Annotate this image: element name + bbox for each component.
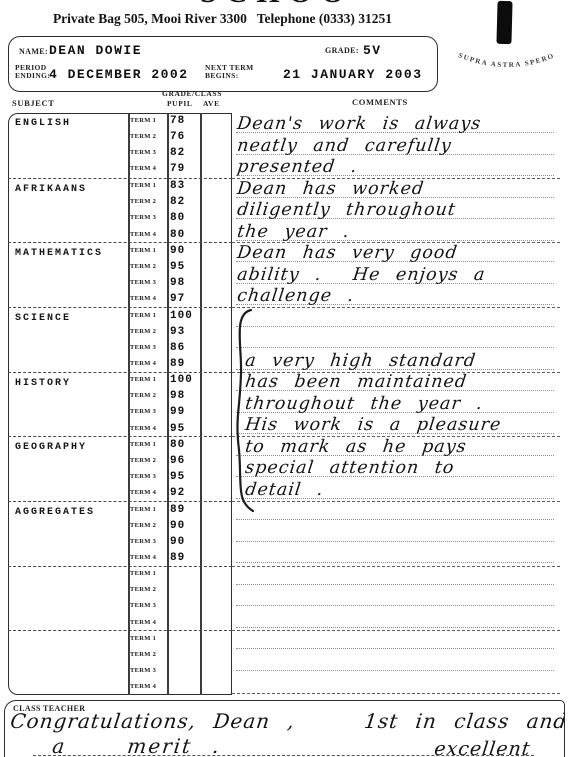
stamp-mark <box>496 1 512 44</box>
comment-ruled-line <box>236 627 554 628</box>
pupil-mark: 95 <box>170 261 185 273</box>
school-address: Private Bag 505, Mooi River 3300 Telepho… <box>0 11 445 27</box>
grade-value: 5V <box>363 43 382 58</box>
comment-ruled-line <box>236 326 554 327</box>
pupil-mark: 79 <box>170 163 185 175</box>
comment-ruled-line <box>236 562 554 563</box>
pupil-column-header: PUPIL <box>167 99 193 108</box>
pupil-mark: 86 <box>170 342 185 354</box>
term-label: TERM 2 <box>130 328 156 335</box>
term-label: TERM 3 <box>130 538 156 545</box>
comment-block-separator <box>232 307 560 308</box>
pupil-mark: 80 <box>170 439 185 451</box>
term-label: TERM 2 <box>130 522 156 529</box>
comment-ruled-line <box>236 519 554 520</box>
comment-line: detail . <box>244 480 325 500</box>
pupil-mark: 83 <box>170 180 185 192</box>
pupil-mark: 100 <box>170 310 193 322</box>
subject-block: SCIENCETERM 1100TERM 293TERM 386TERM 489 <box>8 307 232 372</box>
pupil-mark: 89 <box>170 358 185 370</box>
comment-ruled-line <box>236 347 554 348</box>
term-label: TERM 2 <box>130 133 156 140</box>
comment-line: the year . <box>236 222 351 242</box>
teacher-comment-line-1: Congratulations, Dean , 1st in class and <box>9 709 565 733</box>
class-teacher-box: CLASS TEACHER Congratulations, Dean , 1s… <box>4 700 565 757</box>
term-label: TERM 4 <box>130 165 156 172</box>
ave-column-header: AVE <box>203 99 220 108</box>
term-label: TERM 3 <box>130 473 156 480</box>
subject-label: HISTORY <box>15 378 71 389</box>
term-label: TERM 1 <box>130 312 156 319</box>
pupil-mark: 99 <box>170 406 185 418</box>
report-card-page: SCHOOL Private Bag 505, Mooi River 3300 … <box>0 0 570 757</box>
pupil-mark: 80 <box>170 229 185 241</box>
subject-label: AGGREGATES <box>15 507 95 518</box>
term-label: TERM 1 <box>130 182 156 189</box>
term-label: TERM 3 <box>130 667 156 674</box>
pupil-mark: 98 <box>170 277 185 289</box>
next-term-value: 21 JANUARY 2003 <box>283 67 423 82</box>
pupil-mark: 89 <box>170 552 185 564</box>
term-label: TERM 3 <box>130 408 156 415</box>
pupil-mark: 95 <box>170 471 185 483</box>
term-label: TERM 2 <box>130 586 156 593</box>
pupil-mark: 78 <box>170 115 185 127</box>
term-label: TERM 1 <box>130 247 156 254</box>
term-label: TERM 1 <box>130 506 156 513</box>
term-label: TERM 3 <box>130 602 156 609</box>
school-motto: SUPRA ASTRA SPERO <box>452 46 562 80</box>
subject-label: ENGLISH <box>15 118 71 129</box>
term-label: TERM 4 <box>130 619 156 626</box>
pupil-mark: 90 <box>170 245 185 257</box>
pupil-mark: 95 <box>170 423 185 435</box>
comment-block-separator <box>232 501 560 502</box>
term-label: TERM 3 <box>130 149 156 156</box>
student-name: DEAN DOWIE <box>49 43 142 58</box>
comment-line: ability . He enjoys a <box>236 265 487 285</box>
subject-label: SCIENCE <box>15 313 71 324</box>
term-label: TERM 2 <box>130 651 156 658</box>
pupil-mark: 90 <box>170 536 185 548</box>
comment-line: a very high standard <box>244 351 477 371</box>
term-label: TERM 1 <box>130 635 156 642</box>
next-term-label-2: BEGINS: <box>205 71 239 80</box>
term-label: TERM 2 <box>130 457 156 464</box>
comment-line: throughout the year . <box>244 394 484 414</box>
subject-label: AFRIKAANS <box>15 184 87 195</box>
comment-line: has been maintained <box>244 372 468 392</box>
pupil-mark: 92 <box>170 487 185 499</box>
term-label: TERM 2 <box>130 392 156 399</box>
pupil-mark: 100 <box>170 374 193 386</box>
term-label: TERM 4 <box>130 295 156 302</box>
term-label: TERM 1 <box>130 117 156 124</box>
school-name: SCHOOL <box>200 0 350 9</box>
comment-block-separator <box>232 630 560 631</box>
subject-block: AFRIKAANSTERM 183TERM 282TERM 380TERM 48… <box>8 178 232 243</box>
pupil-mark: 98 <box>170 390 185 402</box>
comment-line: to mark as he pays <box>244 437 468 457</box>
teacher-comment-line-2: a merit . <box>51 734 222 757</box>
subject-block: MATHEMATICSTERM 190TERM 295TERM 398TERM … <box>8 242 232 307</box>
comment-line: neatly and carefully <box>236 136 453 156</box>
period-ending-value: 4 DECEMBER 2002 <box>49 67 189 82</box>
school-motto-text: SUPRA ASTRA SPERO <box>457 51 556 69</box>
school-name-text: SCHOOL <box>200 0 350 9</box>
comment-block-separator <box>232 566 560 567</box>
term-label: TERM 4 <box>130 683 156 690</box>
comment-line: His work is a pleasure <box>244 415 503 435</box>
comment-line: special attention to <box>244 458 456 478</box>
subject-block: ENGLISHTERM 178TERM 276TERM 382TERM 479 <box>8 113 232 178</box>
term-label: TERM 4 <box>130 360 156 367</box>
pupil-mark: 82 <box>170 147 185 159</box>
term-label: TERM 1 <box>130 441 156 448</box>
subject-block: AGGREGATESTERM 189TERM 290TERM 390TERM 4… <box>8 501 232 566</box>
subject-block: HISTORYTERM 1100TERM 298TERM 399TERM 495 <box>8 372 232 437</box>
name-label: NAME: <box>19 47 48 56</box>
term-label: TERM 3 <box>130 214 156 221</box>
comment-line: presented . <box>236 157 359 177</box>
term-label: TERM 1 <box>130 376 156 383</box>
pupil-mark: 76 <box>170 131 185 143</box>
comment-line: diligently throughout <box>236 200 457 220</box>
subject-column-header: SUBJECT <box>12 98 54 108</box>
pupil-mark: 93 <box>170 326 185 338</box>
pupil-mark: 80 <box>170 212 185 224</box>
pupil-mark: 82 <box>170 196 185 208</box>
comment-ruled-line <box>236 541 554 542</box>
term-label: TERM 4 <box>130 554 156 561</box>
pupil-mark: 97 <box>170 293 185 305</box>
subject-label: GEOGRAPHY <box>15 442 87 453</box>
term-label: TERM 4 <box>130 489 156 496</box>
svg-text:SUPRA ASTRA SPERO: SUPRA ASTRA SPERO <box>457 51 556 69</box>
pupil-mark: 89 <box>170 504 185 516</box>
marks-table: ENGLISHTERM 178TERM 276TERM 382TERM 479A… <box>8 113 560 695</box>
term-label: TERM 4 <box>130 231 156 238</box>
student-info-box: NAME: DEAN DOWIE GRADE: 5V PERIOD ENDING… <box>8 36 438 92</box>
subject-label: MATHEMATICS <box>15 248 103 259</box>
pupil-mark: 96 <box>170 455 185 467</box>
subject-block: TERM 1TERM 2TERM 3TERM 4 <box>8 566 232 631</box>
term-label: TERM 3 <box>130 344 156 351</box>
footer-rule-line <box>33 755 534 756</box>
term-label: TERM 4 <box>130 425 156 432</box>
subject-block: GEOGRAPHYTERM 180TERM 296TERM 395TERM 49… <box>8 436 232 501</box>
comment-line: challenge . <box>236 286 355 306</box>
term-label: TERM 3 <box>130 279 156 286</box>
comment-ruled-line <box>236 648 554 649</box>
comment-ruled-line <box>236 670 554 671</box>
comment-ruled-line <box>236 605 554 606</box>
comment-line: Dean's work is always <box>236 114 482 134</box>
comment-line: Dean has worked <box>236 179 425 199</box>
comments-column-header: COMMENTS <box>352 97 408 107</box>
term-label: TERM 2 <box>130 198 156 205</box>
grade-class-column-header: GRADE/CLASS <box>150 89 234 98</box>
term-label: TERM 2 <box>130 263 156 270</box>
term-label: TERM 1 <box>130 570 156 577</box>
comment-line: Dean has very good <box>236 243 459 263</box>
period-label-2: ENDING: <box>15 71 50 80</box>
comment-block-separator <box>232 693 560 694</box>
comment-ruled-line <box>236 584 554 585</box>
grade-label: GRADE: <box>325 46 359 55</box>
subject-block: TERM 1TERM 2TERM 3TERM 4 <box>8 630 232 695</box>
pupil-mark: 90 <box>170 520 185 532</box>
